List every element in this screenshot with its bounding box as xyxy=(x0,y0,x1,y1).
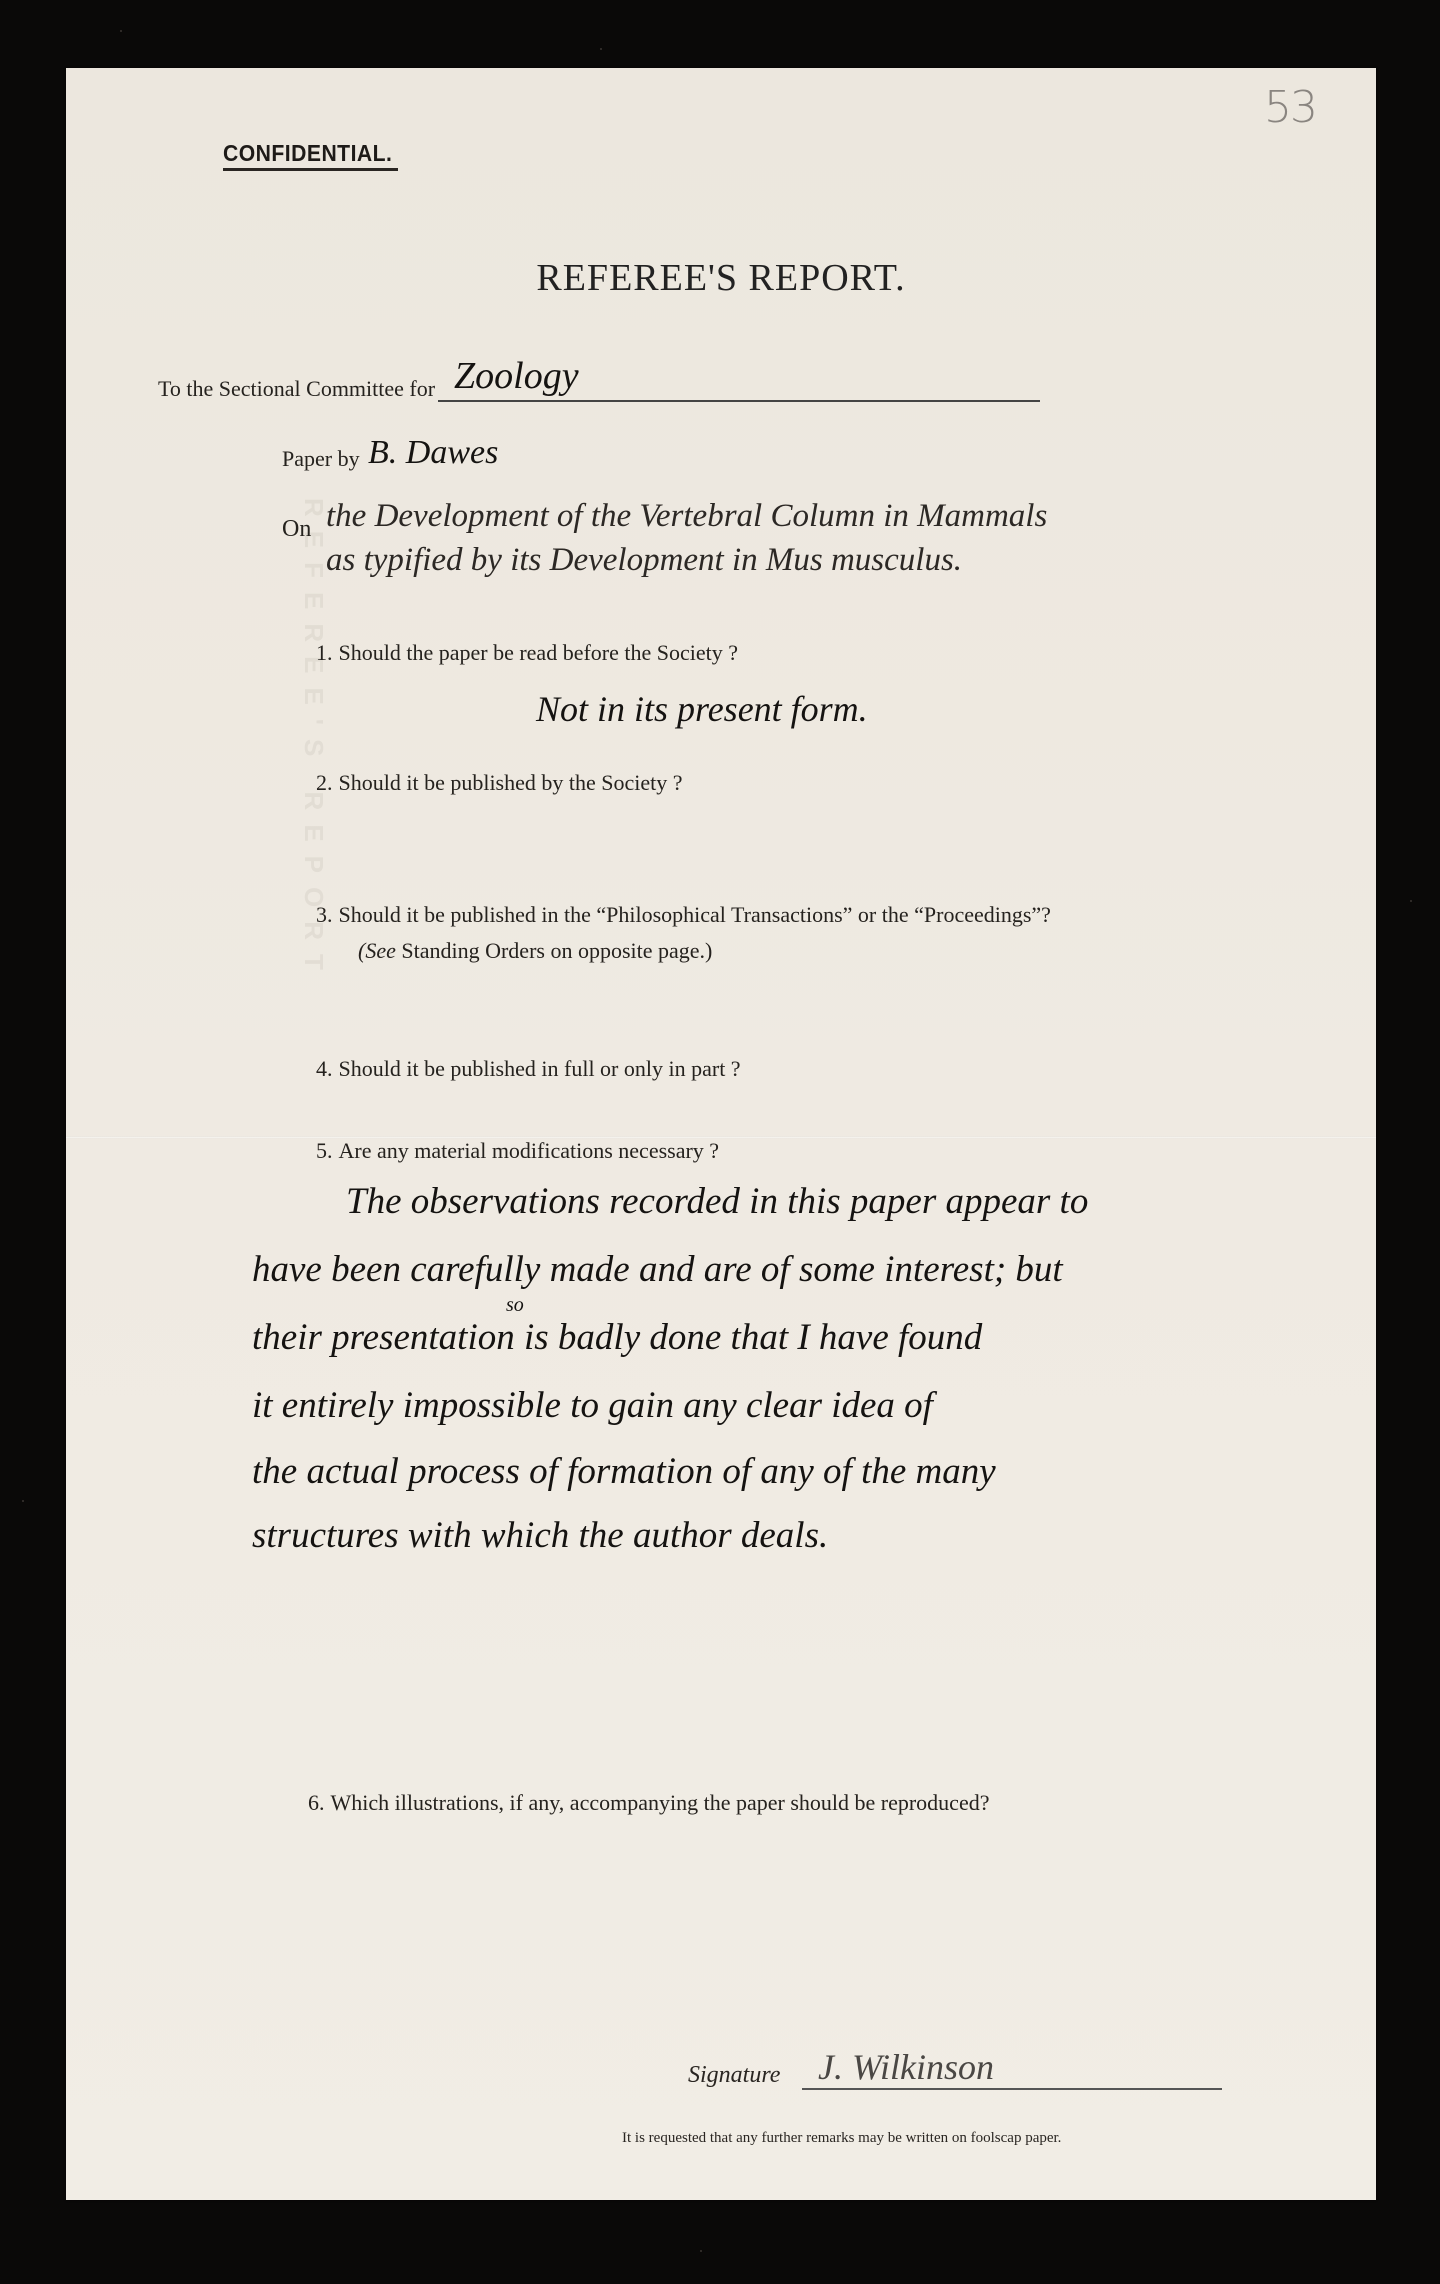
question-number: 2. xyxy=(316,770,333,795)
see-prefix: (See xyxy=(358,938,396,963)
folio-number: 53 xyxy=(1264,82,1316,133)
question-text: Should it be published by the Society ? xyxy=(339,770,683,795)
question-text: Should it be published in full or only i… xyxy=(339,1056,741,1081)
committee-field-line xyxy=(438,400,1040,402)
signature-label: Signature xyxy=(688,2062,780,2089)
question-number: 5. xyxy=(316,1138,333,1163)
report-title: REFEREE'S REPORT. xyxy=(66,256,1376,300)
answer-5-line: have been carefully made and are of some… xyxy=(252,1248,1063,1291)
answer-5-line: their presentation is badly done that I … xyxy=(252,1316,982,1359)
question-number: 1. xyxy=(316,640,333,665)
question-1: 1.Should the paper be read before the So… xyxy=(316,640,738,666)
question-text: Which illustrations, if any, accompanyin… xyxy=(331,1790,990,1815)
question-3: 3.Should it be published in the “Philoso… xyxy=(316,902,1051,928)
signature-line xyxy=(802,2088,1222,2090)
answer-5-line: the actual process of formation of any o… xyxy=(252,1450,996,1493)
backdrop-speck xyxy=(1410,900,1412,902)
footer-note: It is requested that any further remarks… xyxy=(622,2130,1061,2147)
backdrop-speck xyxy=(22,1500,24,1502)
committee-label: To the Sectional Committee for xyxy=(158,376,435,402)
answer-5-line: The observations recorded in this paper … xyxy=(346,1180,1088,1223)
question-number: 6. xyxy=(308,1790,325,1815)
referee-report-page: REFEREE'S REPORT 53 CONFIDENTIAL. REFERE… xyxy=(66,68,1376,2200)
backdrop-speck xyxy=(700,2250,702,2252)
answer-5-line: structures with which the author deals. xyxy=(252,1514,828,1557)
question-text: Are any material modifications necessary… xyxy=(339,1138,720,1163)
committee-value: Zoology xyxy=(454,354,579,398)
paper-title-line2: as typified by its Development in Mus mu… xyxy=(326,542,962,579)
question-2: 2.Should it be published by the Society … xyxy=(316,770,683,796)
answer-1: Not in its present form. xyxy=(536,688,868,730)
note-text: Standing Orders on opposite page.) xyxy=(401,938,712,963)
signature-value: J. Wilkinson xyxy=(818,2046,994,2088)
paper-by-label: Paper by xyxy=(282,446,360,472)
confidential-underline xyxy=(223,168,398,171)
paper-title-line1: the Development of the Vertebral Column … xyxy=(326,498,1047,535)
backdrop-speck xyxy=(120,30,122,32)
fold-line xyxy=(66,1136,1376,1139)
backdrop-speck xyxy=(600,48,602,50)
question-number: 3. xyxy=(316,902,333,927)
question-4: 4.Should it be published in full or only… xyxy=(316,1056,741,1082)
question-text: Should the paper be read before the Soci… xyxy=(339,640,739,665)
question-number: 4. xyxy=(316,1056,333,1081)
paper-author: B. Dawes xyxy=(368,434,498,472)
confidential-label: CONFIDENTIAL. xyxy=(223,140,392,167)
on-label: On xyxy=(282,516,311,543)
answer-5-line: it entirely impossible to gain any clear… xyxy=(252,1384,933,1427)
question-text: Should it be published in the “Philosoph… xyxy=(339,902,1051,927)
answer-5-insertion: so xyxy=(506,1294,524,1317)
question-6: 6.Which illustrations, if any, accompany… xyxy=(308,1790,989,1816)
question-5: 5.Are any material modifications necessa… xyxy=(316,1138,719,1164)
question-3-note: (See Standing Orders on opposite page.) xyxy=(358,938,712,964)
